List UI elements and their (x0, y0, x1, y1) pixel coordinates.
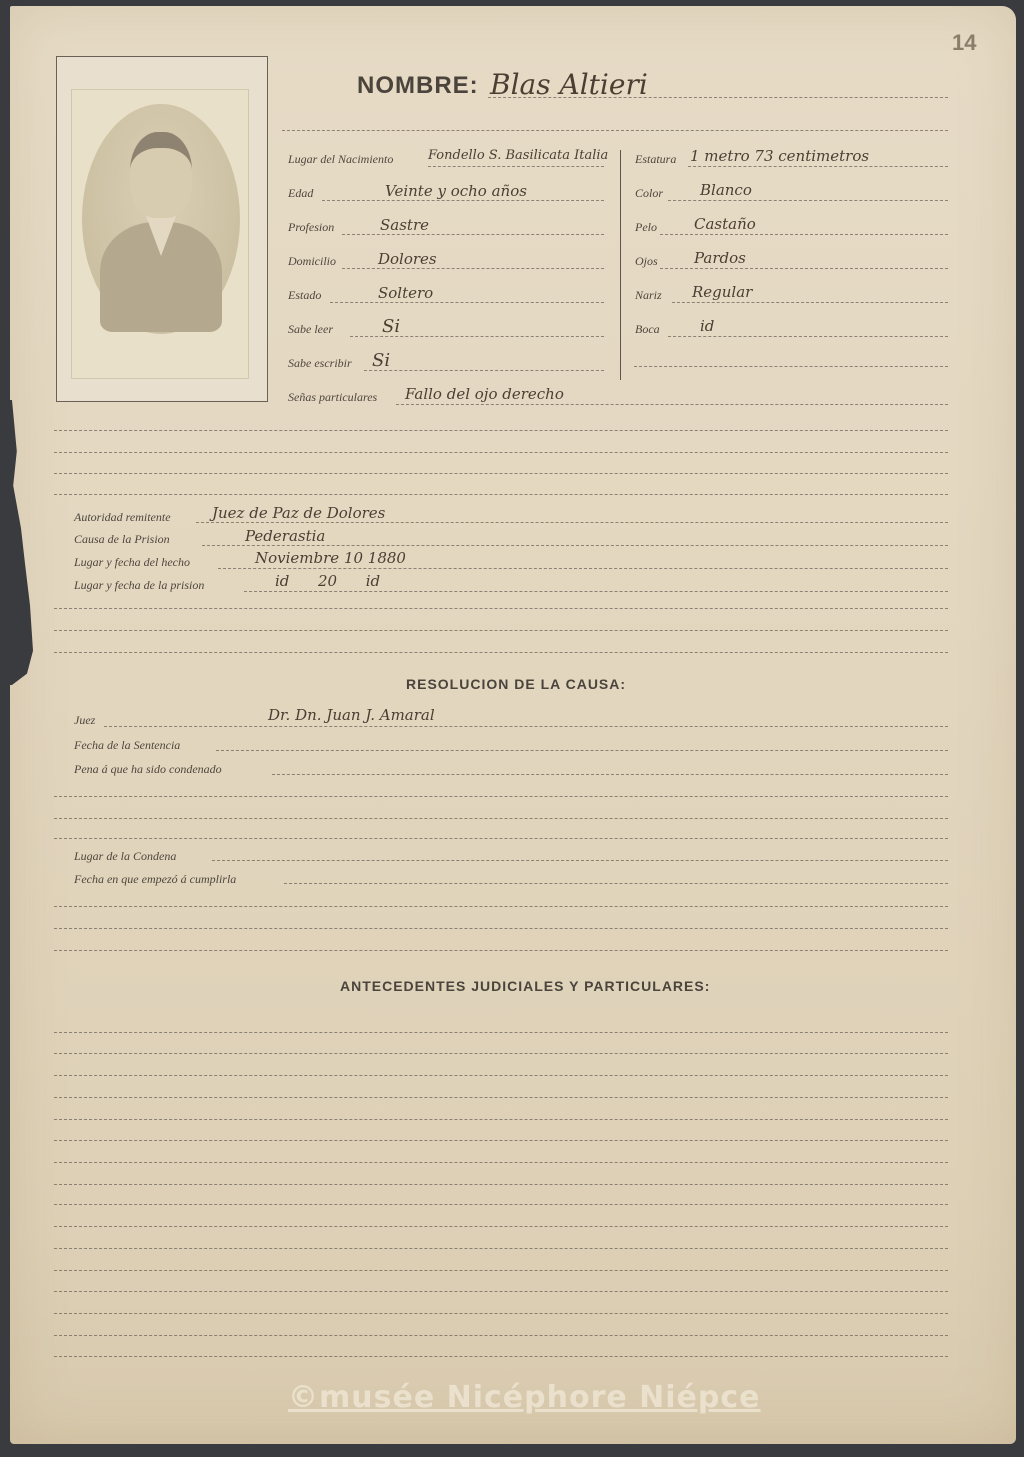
rule (396, 404, 948, 405)
rule (660, 268, 948, 269)
rule (54, 1119, 948, 1120)
rule (272, 774, 948, 775)
rule (54, 818, 948, 819)
rule (54, 630, 948, 631)
field-label-civil-status: Estado (288, 288, 321, 303)
photo-frame (56, 56, 268, 402)
rule (322, 200, 604, 201)
column-divider (620, 150, 621, 380)
field-value-imprisonment-place-date: id 20 id (275, 572, 380, 590)
portrait-head (130, 132, 192, 218)
rule (104, 726, 948, 727)
rule (54, 838, 948, 839)
name-label: NOMBRE: (357, 72, 479, 100)
field-value-domicile: Dolores (378, 250, 437, 268)
field-label-penalty: Pena á que ha sido condenado (74, 762, 222, 777)
rule (54, 950, 948, 951)
rule (364, 370, 604, 371)
field-label-birthplace: Lugar del Nacimiento (288, 152, 393, 167)
rule (428, 166, 604, 167)
field-value-offense-place-date: Noviembre 10 1880 (255, 549, 406, 567)
rule (54, 1140, 948, 1141)
rule (54, 1270, 948, 1271)
rule (54, 1032, 948, 1033)
field-label-distinguishing-marks: Señas particulares (288, 390, 377, 405)
field-value-cause: Pederastia (245, 527, 325, 545)
rule (668, 336, 948, 337)
rule (284, 883, 948, 884)
field-value-mouth: id (700, 317, 714, 335)
rule (54, 1097, 948, 1098)
rule (216, 750, 948, 751)
field-value-can-write: Si (372, 350, 390, 371)
field-label-color: Color (635, 186, 663, 201)
field-label-sentence-place: Lugar de la Condena (74, 849, 176, 864)
field-value-civil-status: Soltero (378, 284, 433, 302)
rule (54, 452, 948, 453)
field-value-age: Veinte y ocho años (385, 182, 527, 200)
rule (202, 545, 948, 546)
rule (350, 336, 604, 337)
field-label-remitting-authority: Autoridad remitente (74, 510, 171, 525)
rule (54, 652, 948, 653)
resolution-heading: RESOLUCION DE LA CAUSA: (406, 676, 626, 692)
page-number: 14 (952, 30, 976, 56)
field-label-domicile: Domicilio (288, 254, 336, 269)
rule (342, 234, 604, 235)
rule (282, 130, 948, 131)
rule (54, 1291, 948, 1292)
field-value-profession: Sastre (380, 216, 429, 234)
rule (54, 1226, 948, 1227)
field-value-birthplace: Fondello S. Basilicata Italia (428, 148, 608, 163)
rule (634, 366, 948, 367)
field-label-cause: Causa de la Prision (74, 532, 170, 547)
field-value-judge: Dr. Dn. Juan J. Amaral (268, 706, 435, 724)
field-value-hair: Castaño (694, 215, 756, 233)
rule (54, 1356, 948, 1357)
rule (54, 928, 948, 929)
field-value-nose: Regular (692, 283, 752, 301)
field-label-mouth: Boca (635, 322, 660, 337)
field-label-offense-place-date: Lugar y fecha del hecho (74, 555, 190, 570)
rule (668, 200, 948, 201)
rule (218, 568, 948, 569)
rule (54, 1075, 948, 1076)
field-label-nose: Nariz (635, 288, 662, 303)
rule (54, 1248, 948, 1249)
rule (54, 430, 948, 431)
rule (54, 473, 948, 474)
rule (196, 522, 948, 523)
field-label-judge: Juez (74, 713, 95, 728)
rule (688, 166, 948, 167)
portrait-oval (82, 104, 240, 334)
field-label-hair: Pelo (635, 220, 657, 235)
rule (330, 302, 604, 303)
field-label-profession: Profesion (288, 220, 334, 235)
field-value-distinguishing-marks: Fallo del ojo derecho (405, 385, 564, 403)
field-value-eyes: Pardos (694, 249, 746, 267)
field-value-height: 1 metro 73 centimetros (690, 147, 869, 165)
field-label-can-write: Sabe escribir (288, 356, 352, 371)
rule (660, 234, 948, 235)
rule (54, 1053, 948, 1054)
field-label-age: Edad (288, 186, 313, 201)
antecedentes-heading: ANTECEDENTES JUDICIALES Y PARTICULARES: (340, 978, 710, 994)
rule (54, 796, 948, 797)
field-label-sentence-date: Fecha de la Sentencia (74, 738, 180, 753)
rule (54, 1184, 948, 1185)
rule (54, 906, 948, 907)
name-rule (488, 97, 948, 98)
rule (54, 1335, 948, 1336)
rule (672, 302, 948, 303)
portrait-photo (71, 89, 249, 379)
field-value-remitting-authority: Juez de Paz de Dolores (212, 504, 385, 522)
rule (54, 494, 948, 495)
field-label-can-read: Sabe leer (288, 322, 333, 337)
rule (244, 591, 948, 592)
rule (54, 608, 948, 609)
rule (212, 860, 948, 861)
field-label-sentence-start: Fecha en que empezó á cumplirla (74, 872, 236, 887)
field-label-eyes: Ojos (635, 254, 658, 269)
museum-watermark: ©musée Nicéphore Niépce (288, 1380, 761, 1415)
field-value-can-read: Si (382, 316, 400, 337)
field-label-height: Estatura (635, 152, 676, 167)
rule (54, 1162, 948, 1163)
rule (342, 268, 604, 269)
field-value-color: Blanco (700, 181, 752, 199)
rule (54, 1204, 948, 1205)
field-label-imprisonment-place-date: Lugar y fecha de la prision (74, 578, 204, 593)
rule (54, 1313, 948, 1314)
